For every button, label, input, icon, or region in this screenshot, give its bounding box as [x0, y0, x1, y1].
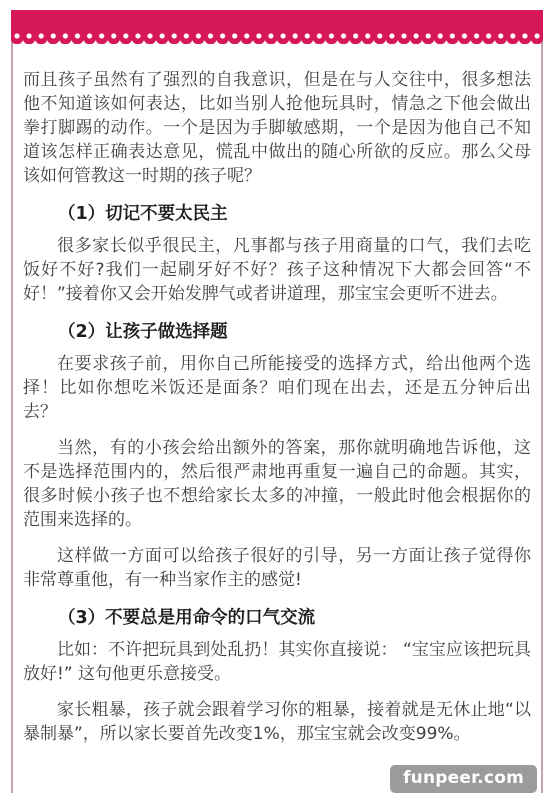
section-heading-1: （1）切记不要太民主 [23, 202, 531, 226]
article-page: 而且孩子虽然有了强烈的自我意识，但是在与人交往中，很多想法他不知道该如何表达，比… [11, 10, 543, 793]
scallop-dot-edge [11, 32, 543, 44]
funpeer-watermark-badge: funpeer.com [390, 765, 537, 793]
article-content: 而且孩子虽然有了强烈的自我意识，但是在与人交往中，很多想法他不知道该如何表达，比… [13, 44, 541, 746]
decorative-lace-band [11, 10, 543, 44]
paragraph: 比如：不许把玩具到处乱扔！其实你直接说： “宝宝应该把玩具放好!” 这句他更乐意… [23, 638, 531, 686]
section-heading-2: （2）让孩子做选择题 [23, 320, 531, 344]
section-heading-3: （3）不要总是用命令的口气交流 [23, 606, 531, 630]
paragraph: 家长粗暴，孩子就会跟着学习你的粗暴，接着就是无休止地“以暴制暴”，所以家长要首先… [23, 698, 531, 746]
paragraph: 当然，有的小孩会给出额外的答案，那你就明确地告诉他，这不是选择范围内的，然后很严… [23, 436, 531, 532]
paragraph: 这样做一方面可以给孩子很好的引导，另一方面让孩子觉得你非常尊重他，有一种当家作主… [23, 544, 531, 592]
paragraph: 很多家长似乎很民主，凡事都与孩子用商量的口气，我们去吃饭好不好?我们一起刷牙好不… [23, 234, 531, 306]
intro-paragraph: 而且孩子虽然有了强烈的自我意识，但是在与人交往中，很多想法他不知道该如何表达，比… [23, 68, 531, 188]
paragraph: 在要求孩子前，用你自己所能接受的选择方式，给出他两个选择！比如你想吃米饭还是面条… [23, 352, 531, 424]
